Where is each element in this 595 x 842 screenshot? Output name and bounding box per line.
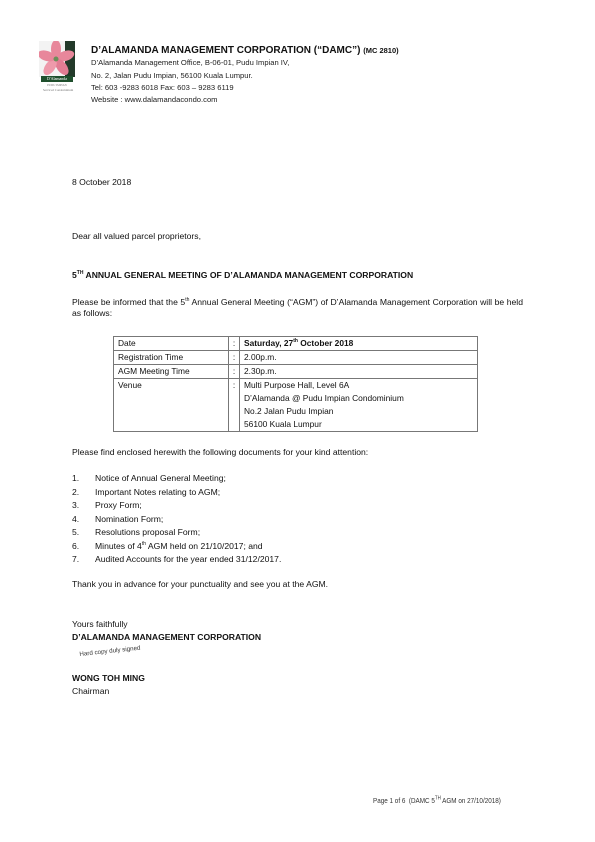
- signatory-name: WONG TOH MING: [72, 673, 145, 684]
- org-code: (MC 2810): [363, 46, 398, 55]
- footer-ref: (DAMC 5: [405, 796, 435, 805]
- sign-off: Yours faithfully: [72, 619, 128, 630]
- meeting-time: 2.30p.m.: [240, 365, 478, 379]
- venue-line: Multi Purpose Hall, Level 6A: [244, 379, 473, 392]
- intro-text-1: Please be informed that the 5: [72, 297, 185, 307]
- item-number: 6.: [72, 541, 95, 552]
- venue-line: D’Alamanda @ Pudu Impian Condominium: [244, 392, 473, 405]
- list-item: 6.Minutes of 4th AGM held on 21/10/2017;…: [72, 541, 281, 555]
- enclosure-list: 1.Notice of Annual General Meeting; 2.Im…: [72, 473, 281, 568]
- meeting-date: Saturday, 27th October 2018: [240, 337, 478, 351]
- enclosure-intro: Please find enclosed herewith the follow…: [72, 447, 368, 458]
- item-text: Notice of Annual General Meeting;: [95, 473, 226, 483]
- logo-tagline: Serviced Condominium: [35, 88, 81, 92]
- contact-numbers: Tel: 603 -9283 6018 Fax: 603 – 9283 6119: [91, 83, 234, 93]
- row-separator: :: [229, 351, 240, 365]
- website: Website : www.dalamandacondo.com: [91, 95, 218, 105]
- item-text: Nomination Form;: [95, 514, 163, 524]
- letter-date: 8 October 2018: [72, 177, 131, 188]
- item-number: 3.: [72, 500, 95, 511]
- venue-line: 56100 Kuala Lumpur: [244, 418, 473, 431]
- list-item: 5.Resolutions proposal Form;: [72, 527, 281, 541]
- company-logo: D'Alamanda PUDU IMPIAN Serviced Condomin…: [33, 41, 83, 104]
- list-item: 7.Audited Accounts for the year ended 31…: [72, 554, 281, 568]
- row-separator: :: [229, 379, 240, 432]
- item-number: 1.: [72, 473, 95, 484]
- org-name-text: D’ALAMANDA MANAGEMENT CORPORATION (“DAMC…: [91, 45, 360, 56]
- date-text-2: October 2018: [298, 338, 353, 348]
- letter-subject: 5TH ANNUAL GENERAL MEETING OF D’ALAMANDA…: [72, 270, 413, 281]
- signatory-organization: D’ALAMANDA MANAGEMENT CORPORATION: [72, 632, 261, 643]
- row-separator: :: [229, 365, 240, 379]
- venue: Multi Purpose Hall, Level 6A D’Alamanda …: [240, 379, 478, 432]
- footer-ref-end: AGM on 27/10/2018): [441, 796, 501, 805]
- table-row: Registration Time : 2.00p.m.: [114, 351, 478, 365]
- closing-line: Thank you in advance for your punctualit…: [72, 579, 328, 590]
- meeting-details-table: Date : Saturday, 27th October 2018 Regis…: [113, 336, 478, 432]
- item-text: Important Notes relating to AGM;: [95, 487, 220, 497]
- registration-time: 2.00p.m.: [240, 351, 478, 365]
- logo-subtitle: PUDU IMPIAN: [41, 83, 73, 87]
- item-number: 4.: [72, 514, 95, 525]
- organization-name: D’ALAMANDA MANAGEMENT CORPORATION (“DAMC…: [91, 44, 399, 57]
- item-number: 2.: [72, 487, 95, 498]
- row-label: Registration Time: [114, 351, 229, 365]
- page-number: Page 1 of 6: [373, 796, 405, 805]
- flower-logo-icon: [39, 41, 75, 77]
- item-text: AGM held on 21/10/2017; and: [146, 541, 263, 551]
- subject-text: ANNUAL GENERAL MEETING OF D’ALAMANDA MAN…: [83, 270, 413, 280]
- date-text-1: Saturday, 27: [244, 338, 293, 348]
- venue-line: No.2 Jalan Pudu Impian: [244, 405, 473, 418]
- page-footer: Page 1 of 6 (DAMC 5TH AGM on 27/10/2018): [373, 796, 501, 805]
- list-item: 4.Nomination Form;: [72, 514, 281, 528]
- table-row: Venue : Multi Purpose Hall, Level 6A D’A…: [114, 379, 478, 432]
- address-line-2: No. 2, Jalan Pudu Impian, 56100 Kuala Lu…: [91, 71, 253, 81]
- item-text: Audited Accounts for the year ended 31/1…: [95, 554, 281, 564]
- address-line-1: D’Alamanda Management Office, B-06-01, P…: [91, 58, 289, 68]
- list-item: 1.Notice of Annual General Meeting;: [72, 473, 281, 487]
- signature-note: Hard copy duly signed: [79, 645, 141, 659]
- item-number: 5.: [72, 527, 95, 538]
- item-text: Proxy Form;: [95, 500, 142, 510]
- list-item: 3.Proxy Form;: [72, 500, 281, 514]
- intro-paragraph: Please be informed that the 5th Annual G…: [72, 297, 523, 319]
- row-label: Date: [114, 337, 229, 351]
- row-label: Venue: [114, 379, 229, 432]
- item-text: Minutes of 4: [95, 541, 142, 551]
- salutation: Dear all valued parcel proprietors,: [72, 231, 201, 242]
- table-row: AGM Meeting Time : 2.30p.m.: [114, 365, 478, 379]
- logo-plate: D'Alamanda: [41, 76, 73, 82]
- item-number: 7.: [72, 554, 95, 565]
- list-item: 2.Important Notes relating to AGM;: [72, 487, 281, 501]
- signatory-title: Chairman: [72, 686, 109, 697]
- row-label: AGM Meeting Time: [114, 365, 229, 379]
- item-text: Resolutions proposal Form;: [95, 527, 200, 537]
- table-row: Date : Saturday, 27th October 2018: [114, 337, 478, 351]
- row-separator: :: [229, 337, 240, 351]
